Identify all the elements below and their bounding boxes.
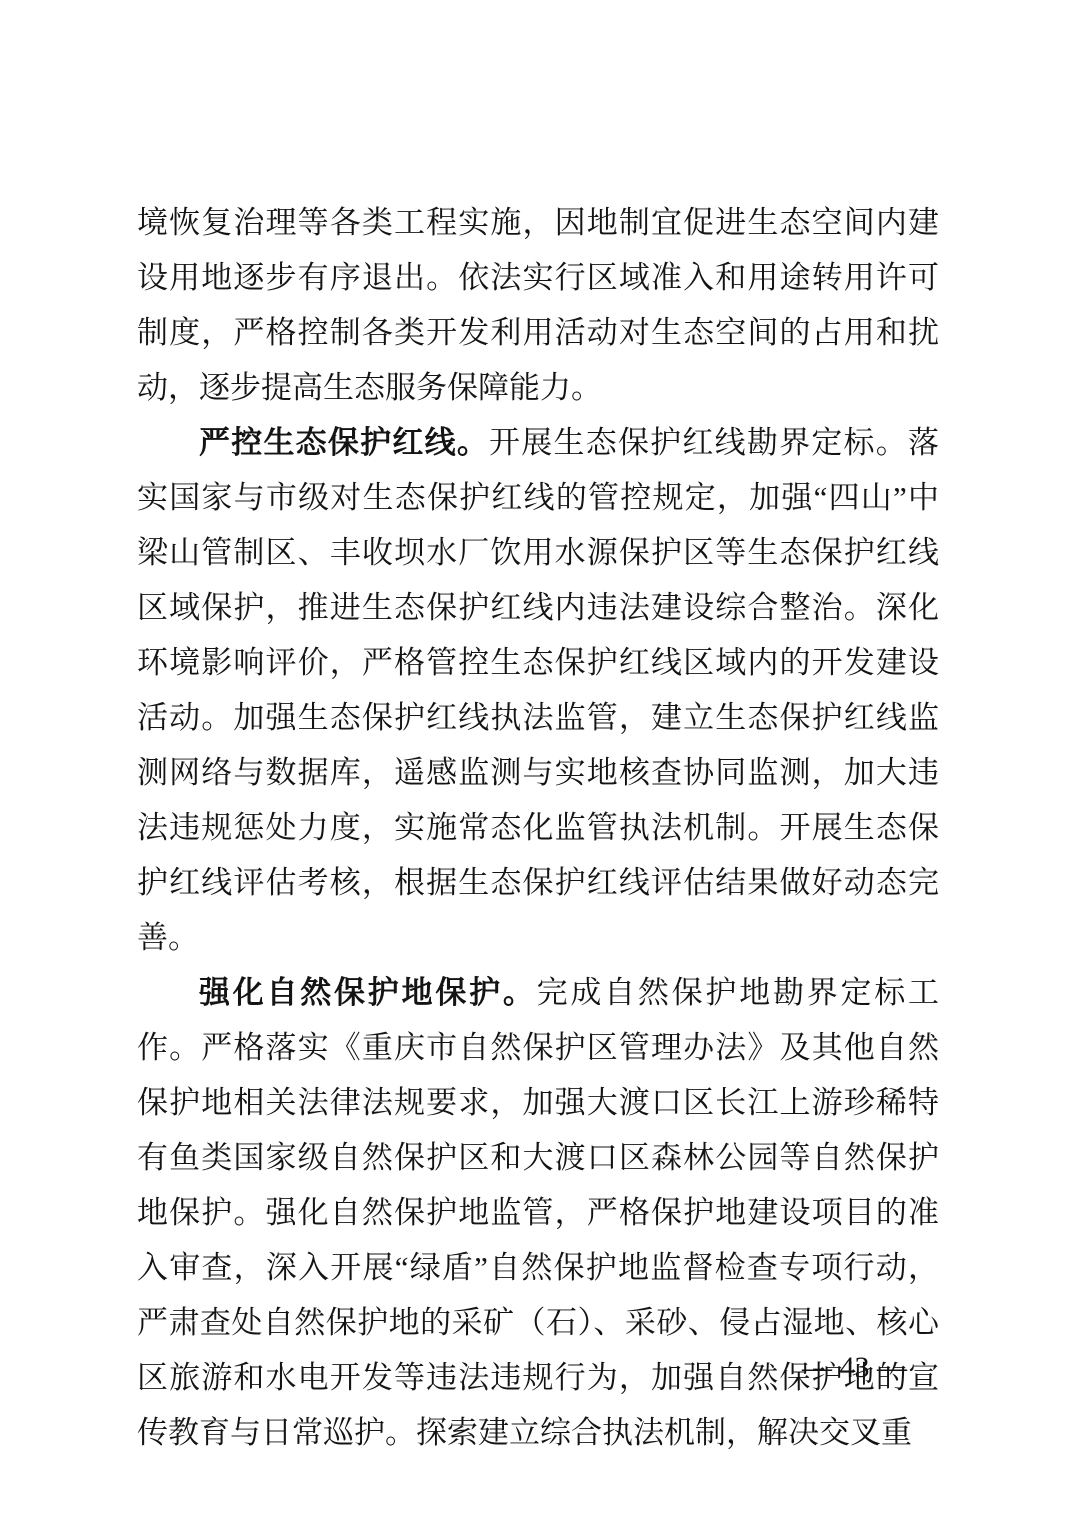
paragraph-run-in-heading: 严控生态保护红线。 (199, 425, 489, 460)
paragraph-text: 境恢复治理等各类工程实施，因地制宜促进生态空间内建设用地逐步有序退出。依法实行区… (137, 205, 939, 405)
paragraph-ecological-redline: 严控生态保护红线。开展生态保护红线勘界定标。落实国家与市级对生态保护红线的管控规… (137, 415, 939, 965)
document-page: 境恢复治理等各类工程实施，因地制宜促进生态空间内建设用地逐步有序退出。依法实行区… (0, 0, 1074, 1520)
page-number: — 43 — (802, 1351, 907, 1384)
paragraph-run-in-heading: 强化自然保护地保护。 (199, 975, 537, 1010)
page-footer: — 43 — (802, 1350, 907, 1386)
paragraph-continuation: 境恢复治理等各类工程实施，因地制宜促进生态空间内建设用地逐步有序退出。依法实行区… (137, 195, 939, 415)
paragraph-text: 开展生态保护红线勘界定标。落实国家与市级对生态保护红线的管控规定，加强“四山”中… (137, 425, 939, 955)
document-body: 境恢复治理等各类工程实施，因地制宜促进生态空间内建设用地逐步有序退出。依法实行区… (137, 195, 939, 1460)
